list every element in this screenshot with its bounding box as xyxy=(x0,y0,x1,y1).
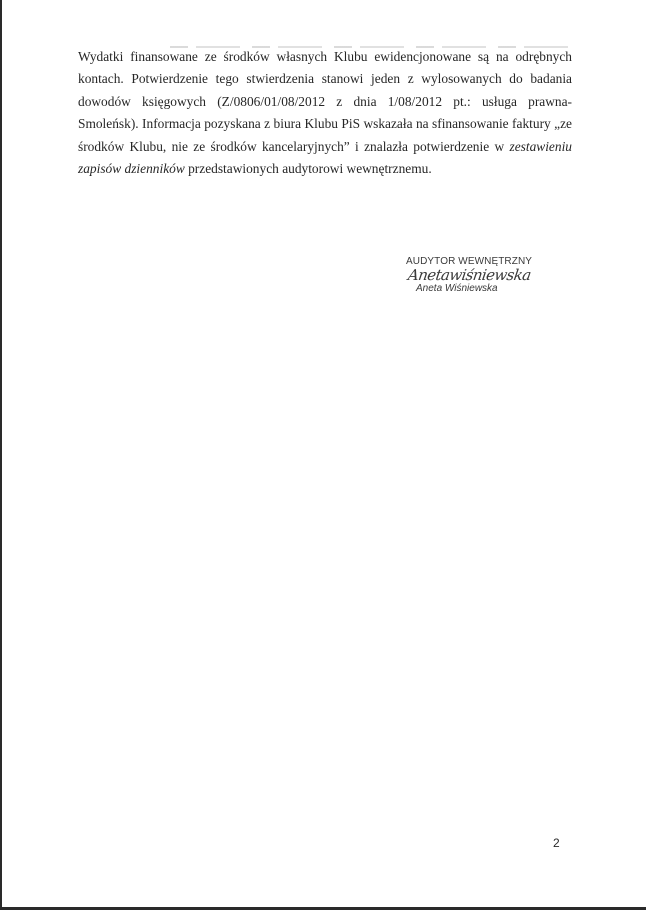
page-number: 2 xyxy=(553,836,560,850)
document-page: Wydatki finansowane ze środków własnych … xyxy=(0,0,646,910)
handwritten-signature: Anetawiśniewska xyxy=(407,268,533,283)
signature-stamp: AUDYTOR WEWNĘTRZNY Anetawiśniewska Aneta… xyxy=(406,256,532,295)
body-paragraph: Wydatki finansowane ze środków własnych … xyxy=(78,46,572,180)
paragraph-text: Wydatki finansowane ze środków własnych … xyxy=(78,46,572,180)
paragraph-text-part1: Wydatki finansowane ze środków własnych … xyxy=(78,49,572,154)
paragraph-text-part2: przedstawionych audytorowi wewnętrznemu. xyxy=(185,161,432,176)
signature-name: Aneta Wiśniewska xyxy=(416,283,532,295)
